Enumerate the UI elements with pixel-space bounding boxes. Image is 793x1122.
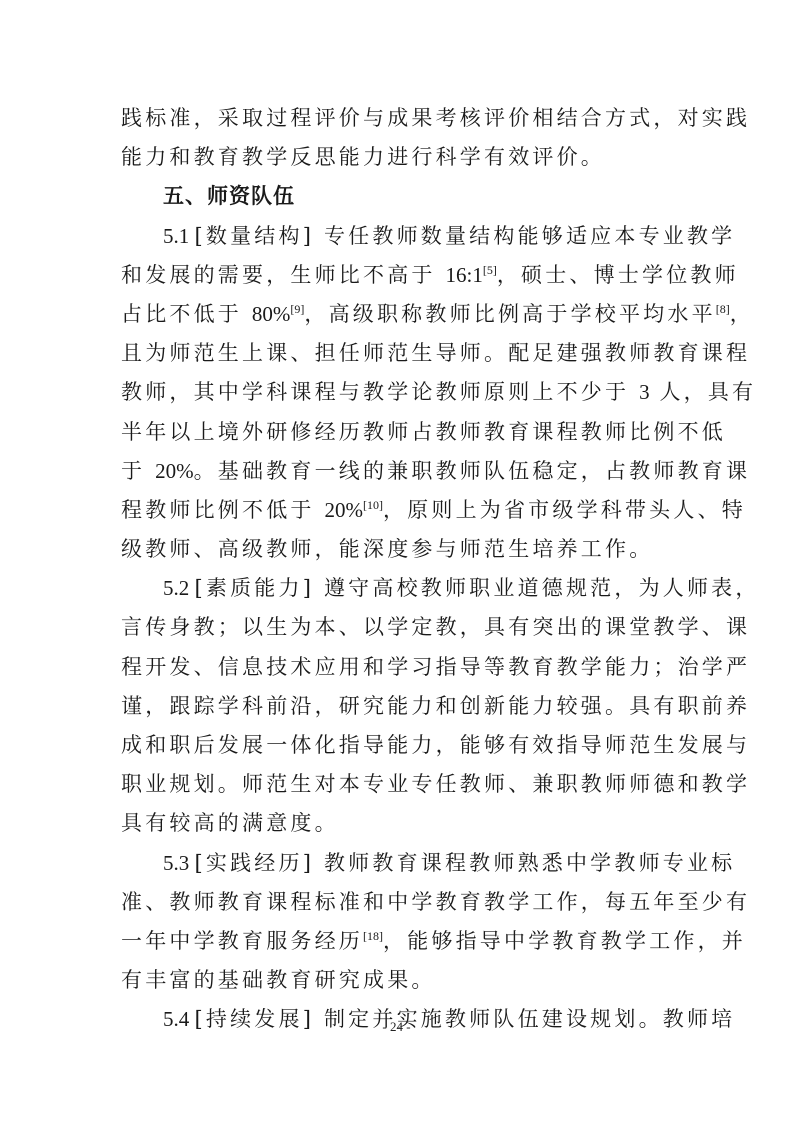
body-line: 教师，其中学科课程与教学论教师原则上不少于 3 人，具有: [121, 373, 674, 412]
body-line: 和发展的需要，生师比不高于 16:1[5]，硕士、博士学位教师: [121, 256, 674, 295]
body-line: 一年中学教育服务经历[18]，能够指导中学教育教学工作，并: [121, 922, 674, 961]
body-line: 5.1 [数量结构] 专任教师数量结构能够适应本专业教学: [121, 217, 674, 256]
body-line: 程开发、信息技术应用和学习指导等教育教学能力；治学严: [121, 648, 674, 687]
body-line: 践标准，采取过程评价与成果考核评价相结合方式，对实践: [121, 99, 674, 138]
body-line: 5.3 [实践经历] 教师教育课程教师熟悉中学教师专业标: [121, 844, 674, 883]
text-run: 16:1: [445, 263, 482, 287]
body-line: 程教师比例不低于 20%[10]，原则上为省市级学科带头人、特: [121, 491, 674, 530]
text-run: 准、教师教育课程标准和中学教育教学工作，每五年至少有: [121, 890, 750, 914]
text-run: ，原则上为省市级学科带头人、特: [383, 498, 746, 522]
clause-title: [素质能力]: [195, 576, 324, 600]
body-line: 半年以上境外研修经历教师占教师教育课程教师比例不低: [121, 413, 674, 452]
text-run: ，硕士、博士学位教师: [497, 263, 739, 287]
text-run: 遵守高校教师职业道德规范，为人师表，: [324, 576, 760, 600]
body-line: 有丰富的基础教育研究成果。: [121, 961, 674, 1000]
clause-5-1: 5.1 [数量结构] 专任教师数量结构能够适应本专业教学和发展的需要，生师比不高…: [121, 217, 674, 570]
text-run: 程开发、信息技术应用和学习指导等教育教学能力；治学严: [121, 655, 750, 679]
citation-ref: [8]: [716, 302, 730, 316]
clause-5-2: 5.2 [素质能力] 遵守高校教师职业道德规范，为人师表，言传身教；以生为本、以…: [121, 569, 674, 843]
text-run: 有丰富的基础教育研究成果。: [121, 968, 436, 992]
clause-5-3: 5.3 [实践经历] 教师教育课程教师熟悉中学教师专业标准、教师教育课程标准和中…: [121, 844, 674, 1001]
body-line: 5.2 [素质能力] 遵守高校教师职业道德规范，为人师表，: [121, 569, 674, 608]
text-run: 80%: [252, 302, 291, 326]
document-page: 践标准，采取过程评价与成果考核评价相结合方式，对实践 能力和教育教学反思能力进行…: [0, 0, 793, 1122]
page-body: 践标准，采取过程评价与成果考核评价相结合方式，对实践 能力和教育教学反思能力进行…: [121, 99, 674, 1040]
text-run: 程教师比例不低于: [121, 498, 324, 522]
text-run: ，: [730, 302, 754, 326]
body-line: 成和职后发展一体化指导能力，能够有效指导师范生发展与: [121, 726, 674, 765]
text-run: ，高级职称教师比例高于学校平均水平: [304, 302, 715, 326]
text-run: 教师教育课程教师熟悉中学教师专业标: [324, 851, 735, 875]
text-run: 20%: [155, 459, 194, 483]
body-line: 能力和教育教学反思能力进行科学有效评价。: [121, 138, 674, 177]
text-run: 和发展的需要，生师比不高于: [121, 263, 445, 287]
section-heading: 五、师资队伍: [121, 177, 674, 216]
body-line: 级教师、高级教师，能深度参与师范生培养工作。: [121, 530, 674, 569]
text-run: 谨，跟踪学科前沿，研究能力和创新能力较强。具有职前养: [121, 694, 750, 718]
text-run: 3: [639, 380, 650, 404]
text-run: 成和职后发展一体化指导能力，能够有效指导师范生发展与: [121, 733, 750, 757]
text-run: 级教师、高级教师，能深度参与师范生培养工作。: [121, 537, 653, 561]
citation-ref: [10]: [363, 498, 383, 512]
body-line: 准、教师教育课程标准和中学教育教学工作，每五年至少有: [121, 883, 674, 922]
text-run: 教师，其中学科课程与教学论教师原则上不少于: [121, 380, 639, 404]
text-run: 人，具有: [650, 380, 757, 404]
body-line: 具有较高的满意度。: [121, 804, 674, 843]
clause-number: 5.3: [163, 851, 195, 875]
text-run: 20%: [324, 498, 363, 522]
clause-number: 5.2: [163, 576, 195, 600]
clause-number: 5.1: [163, 224, 195, 248]
citation-ref: [18]: [363, 929, 383, 943]
body-line: 于 20%。基础教育一线的兼职教师队伍稳定，占教师教育课: [121, 452, 674, 491]
body-line: 言传身教；以生为本、以学定教，具有突出的课堂教学、课: [121, 608, 674, 647]
clause-list: 5.1 [数量结构] 专任教师数量结构能够适应本专业教学和发展的需要，生师比不高…: [121, 217, 674, 1040]
body-line: 谨，跟踪学科前沿，研究能力和创新能力较强。具有职前养: [121, 687, 674, 726]
text-run: 一年中学教育服务经历: [121, 929, 363, 953]
clause-title: [数量结构]: [195, 224, 324, 248]
clause-title: [实践经历]: [195, 851, 324, 875]
citation-ref: [5]: [483, 263, 497, 277]
text-run: 。基础教育一线的兼职教师队伍稳定，占教师教育课: [194, 459, 751, 483]
text-run: 半年以上境外研修经历教师占教师教育课程教师比例不低: [121, 420, 726, 444]
text-run: 具有较高的满意度。: [121, 811, 339, 835]
citation-ref: [9]: [290, 302, 304, 316]
text-run: 言传身教；以生为本、以学定教，具有突出的课堂教学、课: [121, 615, 750, 639]
body-line: 占比不低于 80%[9]，高级职称教师比例高于学校平均水平[8]，: [121, 295, 674, 334]
page-number: - 24 -: [0, 1019, 793, 1035]
body-line: 职业规划。师范生对本专业专任教师、兼职教师师德和教学: [121, 765, 674, 804]
text-run: 占比不低于: [121, 302, 252, 326]
text-run: 于: [121, 459, 155, 483]
text-run: ，能够指导中学教育教学工作，并: [383, 929, 746, 953]
text-run: 且为师范生上课、担任师范生导师。配足建强教师教育课程: [121, 341, 750, 365]
body-line: 且为师范生上课、担任师范生导师。配足建强教师教育课程: [121, 334, 674, 373]
text-run: 专任教师数量结构能够适应本专业教学: [324, 224, 735, 248]
text-run: 职业规划。师范生对本专业专任教师、兼职教师师德和教学: [121, 772, 750, 796]
